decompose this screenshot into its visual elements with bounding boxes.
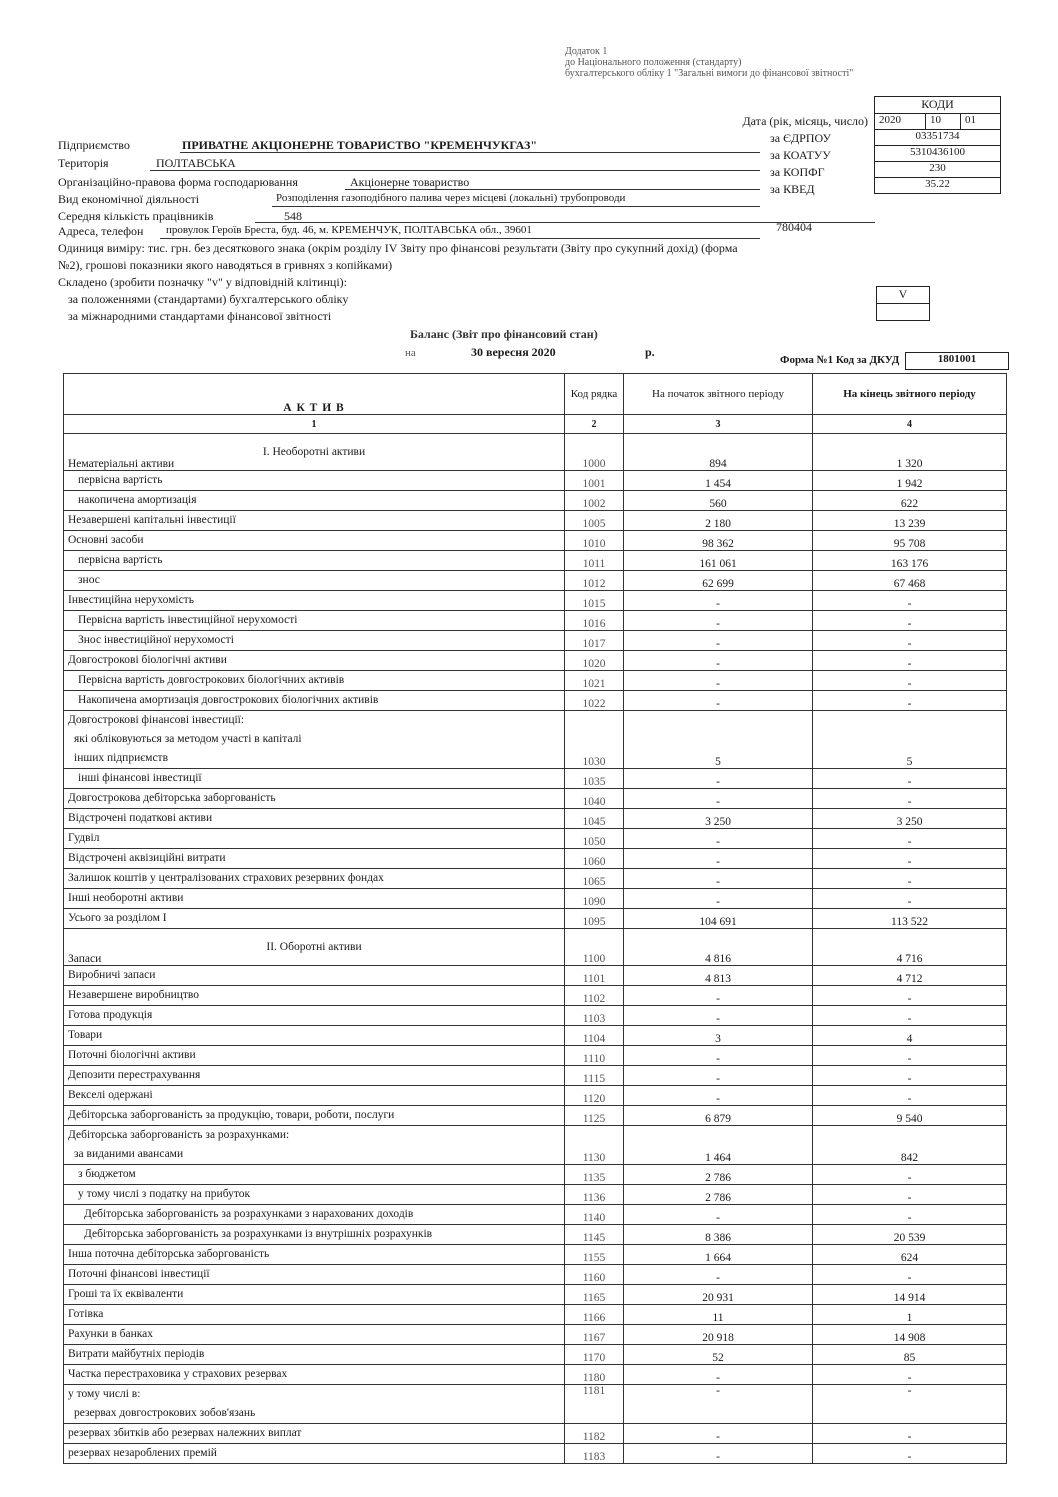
annex-line-2: до Національного положення (стандарту) [565, 57, 853, 68]
enterprise-name: ПРИВАТНЕ АКЦІОНЕРНЕ ТОВАРИСТВО "КРЕМЕНЧУ… [182, 138, 537, 153]
row-label: первісна вартість [78, 551, 560, 570]
row-label: Знос інвестиційної нерухомості [78, 631, 560, 650]
annex-note: Додаток 1 до Національного положення (ст… [565, 46, 853, 79]
address-row: Адреса, телефон провулок Героїв Бреста, … [58, 224, 143, 239]
row-code: 1136 [565, 1185, 624, 1205]
row-end-value: 9 540 [813, 1106, 1007, 1126]
row-label-line-2: резервах довгострокових зобов'язань [68, 1404, 560, 1423]
row-label: Накопичена амортизація довгострокових бі… [78, 691, 560, 710]
table-row: у тому числі в:резервах довгострокових з… [64, 1385, 1007, 1424]
row-label: Незавершені капітальні інвестиції [68, 511, 560, 530]
colnum-4: 4 [813, 415, 1007, 434]
option-ifrs: за міжнародними стандартами фінансової з… [58, 308, 858, 325]
row-start-value: 62 699 [624, 571, 813, 591]
section-title: II. Оборотні активи [68, 941, 560, 953]
table-row: Основні засоби 1010 98 362 95 708 [64, 531, 1007, 551]
header-code: Код рядка [565, 374, 624, 415]
address-value: провулок Героїв Бреста, буд. 46, м. КРЕМ… [166, 224, 532, 236]
table-row: первісна вартість 1001 1 454 1 942 [64, 471, 1007, 491]
table-row: Готівка 1166 11 1 [64, 1305, 1007, 1325]
code-label-kopfg: за КОПФГ [640, 164, 870, 181]
row-end-value: - [813, 1385, 1007, 1424]
table-row: Векселі одержані 1120 - - [64, 1086, 1007, 1106]
row-start-value: 3 250 [624, 809, 813, 829]
row-label: Основні засоби [68, 531, 560, 550]
row-label: Дебіторська заборгованість за розрахунка… [84, 1225, 560, 1244]
row-code: 1103 [565, 1006, 624, 1026]
code-edrpou: 03351734 [875, 130, 1000, 146]
table-row: Усього за розділом I 1095 104 691 113 52… [64, 909, 1007, 929]
row-start-value: - [624, 889, 813, 909]
row-code: 1016 [565, 611, 624, 631]
activity-row: Вид економічної діяльності Розподілення … [58, 192, 199, 207]
colnum-1: 1 [64, 415, 565, 434]
row-code: 1002 [565, 491, 624, 511]
row-end-value: 4 712 [813, 966, 1007, 986]
territory-value: ПОЛТАВСЬКА [156, 156, 236, 171]
date-day: 01 [961, 114, 976, 129]
row-label-line-2: які обліковуються за методом участі в ка… [68, 730, 560, 749]
row-label: Готівка [68, 1305, 560, 1324]
row-label: Відстрочені податкові активи [68, 809, 560, 828]
row-code: 1140 [565, 1205, 624, 1225]
row-start-value: - [624, 651, 813, 671]
row-label: у тому числі з податку на прибуток [78, 1185, 560, 1204]
date-cells: 2020 10 01 [875, 114, 1000, 130]
row-start-value: - [624, 1006, 813, 1026]
row-end-value: 95 708 [813, 531, 1007, 551]
row-label: Запаси [68, 953, 560, 965]
table-row: Поточні фінансові інвестиції 1160 - - [64, 1265, 1007, 1285]
row-end-value: - [813, 1165, 1007, 1185]
row-end-value: - [813, 651, 1007, 671]
row-start-value: - [624, 829, 813, 849]
table-row: Дебіторська заборгованість за розрахунка… [64, 1126, 1007, 1165]
row-end-value: - [813, 1066, 1007, 1086]
row-code: 1090 [565, 889, 624, 909]
table-row: Товари 1104 3 4 [64, 1026, 1007, 1046]
row-end-value: - [813, 1006, 1007, 1026]
row-label: Інші необоротні активи [68, 889, 560, 908]
row-start-value: - [624, 631, 813, 651]
row-end-value: 14 908 [813, 1325, 1007, 1345]
row-start-value: - [624, 986, 813, 1006]
row-code: 1167 [565, 1325, 624, 1345]
table-row: резервах збитків або резервах належних в… [64, 1424, 1007, 1444]
form-label: Форма №1 Код за ДКУД [780, 354, 899, 366]
row-code: 1125 [565, 1106, 624, 1126]
row-code: 1180 [565, 1365, 624, 1385]
row-label: Дебіторська заборгованість за розрахунка… [84, 1205, 560, 1224]
date-prefix: на [405, 347, 416, 359]
row-start-value: - [624, 789, 813, 809]
row-label: Довгострокова дебіторська заборгованість [68, 789, 560, 808]
balance-table: А К Т И В Код рядка На початок звітного … [63, 373, 1007, 1464]
table-row: знос 1012 62 699 67 468 [64, 571, 1007, 591]
row-end-value: 624 [813, 1245, 1007, 1265]
row-label: Первісна вартість довгострокових біологі… [78, 671, 560, 690]
row-code: 1182 [565, 1424, 624, 1444]
row-end-value: - [813, 611, 1007, 631]
row-start-value: - [624, 1205, 813, 1225]
row-start-value: 8 386 [624, 1225, 813, 1245]
row-start-value: 4 816 [624, 929, 813, 966]
form-code: 1801001 [905, 352, 1009, 370]
units-note: Одиниця виміру: тис. грн. без десятковог… [58, 240, 858, 325]
legal-form-row: Організаційно-правова форма господарюван… [58, 175, 298, 190]
row-code: 1181 [565, 1385, 624, 1424]
table-row: Гудвіл 1050 - - [64, 829, 1007, 849]
row-code: 1012 [565, 571, 624, 591]
address-label: Адреса, телефон [58, 224, 143, 238]
colnum-3: 3 [624, 415, 813, 434]
table-row: інші фінансові інвестиції 1035 - - [64, 769, 1007, 789]
row-code: 1120 [565, 1086, 624, 1106]
row-label: Частка перестраховика у страхових резерв… [68, 1365, 560, 1384]
row-end-value: 163 176 [813, 551, 1007, 571]
table-row: первісна вартість 1011 161 061 163 176 [64, 551, 1007, 571]
checkbox-national-standards[interactable]: V [877, 287, 929, 304]
row-label: з бюджетом [78, 1165, 560, 1184]
row-label: Готова продукція [68, 1006, 560, 1025]
code-kved: 35.22 [875, 178, 1000, 193]
row-start-value: - [624, 1086, 813, 1106]
row-start-value: 5 [624, 711, 813, 769]
codes-box: КОДИ 2020 10 01 03351734 5310436100 230 … [874, 96, 1001, 194]
row-end-value: - [813, 1086, 1007, 1106]
row-end-value: - [813, 1444, 1007, 1464]
checkbox-ifrs[interactable] [877, 304, 929, 320]
row-label: Дебіторська заборгованість за розрахунка… [68, 1126, 560, 1145]
row-start-value: - [624, 611, 813, 631]
row-end-value: 67 468 [813, 571, 1007, 591]
row-label: Товари [68, 1026, 560, 1045]
row-end-value: 13 239 [813, 511, 1007, 531]
table-row: Довгострокові фінансові інвестиції:які о… [64, 711, 1007, 769]
row-start-value: 6 879 [624, 1106, 813, 1126]
table-row: накопичена амортизація 1002 560 622 [64, 491, 1007, 511]
table-row: Первісна вартість інвестиційної нерухомо… [64, 611, 1007, 631]
table-row: I. Необоротні активи Нематеріальні актив… [64, 434, 1007, 471]
row-start-value: - [624, 691, 813, 711]
row-start-value: - [624, 1046, 813, 1066]
row-code: 1021 [565, 671, 624, 691]
row-label: Первісна вартість інвестиційної нерухомо… [78, 611, 560, 630]
table-row: Рахунки в банках 1167 20 918 14 908 [64, 1325, 1007, 1345]
row-label: Векселі одержані [68, 1086, 560, 1105]
table-row: Довгострокова дебіторська заборгованість… [64, 789, 1007, 809]
row-code: 1017 [565, 631, 624, 651]
row-code: 1011 [565, 551, 624, 571]
code-kopfg: 230 [875, 162, 1000, 178]
code-koatuu: 5310436100 [875, 146, 1000, 162]
row-code: 1135 [565, 1165, 624, 1185]
row-end-value: - [813, 849, 1007, 869]
row-code: 1100 [565, 929, 624, 966]
report-date-row: на 30 вересня 2020 р. [405, 345, 416, 360]
annex-line-3: бухгалтерського обліку 1 "Загальні вимог… [565, 68, 853, 79]
row-code: 1030 [565, 711, 624, 769]
row-code: 1166 [565, 1305, 624, 1325]
table-row: Відстрочені податкові активи 1045 3 250 … [64, 809, 1007, 829]
codes-labels: Дата (рік, місяць, число) за ЄДРПОУ за К… [640, 113, 870, 198]
row-code: 1101 [565, 966, 624, 986]
row-end-value: - [813, 889, 1007, 909]
table-row: у тому числі з податку на прибуток 1136 … [64, 1185, 1007, 1205]
table-row: Гроші та їх еквіваленти 1165 20 931 14 9… [64, 1285, 1007, 1305]
row-end-value: 113 522 [813, 909, 1007, 929]
row-end-value: 5 [813, 711, 1007, 769]
row-start-value: 1 454 [624, 471, 813, 491]
row-label: Незавершене виробництво [68, 986, 560, 1005]
table-row: Дебіторська заборгованість за продукцію,… [64, 1106, 1007, 1126]
row-label: резервах незароблених премій [68, 1444, 560, 1463]
row-start-value: 104 691 [624, 909, 813, 929]
row-label: первісна вартість [78, 471, 560, 490]
row-label: Гроші та їх еквіваленти [68, 1285, 560, 1304]
row-end-value: - [813, 986, 1007, 1006]
row-end-value: - [813, 591, 1007, 611]
table-row: Незавершене виробництво 1102 - - [64, 986, 1007, 1006]
codes-header: КОДИ [875, 97, 1000, 114]
row-code: 1130 [565, 1126, 624, 1165]
legal-form-label: Організаційно-правова форма господарюван… [58, 175, 298, 189]
row-start-value: - [624, 1365, 813, 1385]
row-start-value: 1 664 [624, 1245, 813, 1265]
row-start-value: 894 [624, 434, 813, 471]
row-start-value: 98 362 [624, 531, 813, 551]
row-label: резервах збитків або резервах належних в… [68, 1424, 560, 1443]
table-row: II. Оборотні активи Запаси 1100 4 816 4 … [64, 929, 1007, 966]
row-end-value: 1 320 [813, 434, 1007, 471]
row-end-value: - [813, 769, 1007, 789]
row-end-value: - [813, 1205, 1007, 1225]
row-end-value: - [813, 631, 1007, 651]
row-end-value: - [813, 1265, 1007, 1285]
row-start-value: 4 813 [624, 966, 813, 986]
table-row: Інша поточна дебіторська заборгованість … [64, 1245, 1007, 1265]
row-label-line-2: за виданими авансами [68, 1145, 560, 1164]
row-label: Усього за розділом I [68, 909, 560, 928]
row-end-value: - [813, 671, 1007, 691]
compiled-note: Складено (зробити позначку "v" у відпові… [58, 274, 858, 291]
row-label: Виробничі запаси [68, 966, 560, 985]
table-row: Частка перестраховика у страхових резерв… [64, 1365, 1007, 1385]
row-end-value: - [813, 1185, 1007, 1205]
colnum-2: 2 [565, 415, 624, 434]
row-start-value: - [624, 869, 813, 889]
year-suffix: р. [645, 345, 655, 360]
row-start-value: 1 464 [624, 1126, 813, 1165]
row-start-value: 2 180 [624, 511, 813, 531]
table-header-row: А К Т И В Код рядка На початок звітного … [64, 374, 1007, 415]
table-row: з бюджетом 1135 2 786 - [64, 1165, 1007, 1185]
row-end-value: 3 250 [813, 809, 1007, 829]
table-row: Інвестиційна нерухомість 1015 - - [64, 591, 1007, 611]
date-month: 10 [926, 114, 961, 129]
report-title: Баланс (Звіт про фінансовий стан) [410, 327, 598, 342]
row-label: у тому числі в: [68, 1385, 560, 1404]
code-label-koatuu: за КОАТУУ [640, 147, 870, 164]
row-code: 1045 [565, 809, 624, 829]
table-row: Первісна вартість довгострокових біологі… [64, 671, 1007, 691]
table-row: Довгострокові біологічні активи 1020 - - [64, 651, 1007, 671]
row-code: 1035 [565, 769, 624, 789]
row-label: Дебіторська заборгованість за продукцію,… [68, 1106, 560, 1125]
row-end-value: 842 [813, 1126, 1007, 1165]
row-code: 1110 [565, 1046, 624, 1066]
row-label: інші фінансові інвестиції [78, 769, 560, 788]
enterprise-row: Підприємство ПРИВАТНЕ АКЦІОНЕРНЕ ТОВАРИС… [58, 138, 130, 153]
balance-rows: I. Необоротні активи Нематеріальні актив… [64, 434, 1007, 1464]
row-code: 1050 [565, 829, 624, 849]
row-label: знос [78, 571, 560, 590]
row-label: Витрати майбутніх періодів [68, 1345, 560, 1364]
row-end-value: - [813, 691, 1007, 711]
row-end-value: 622 [813, 491, 1007, 511]
header-start: На початок звітного періоду [624, 374, 813, 415]
annex-line-1: Додаток 1 [565, 46, 853, 57]
row-code: 1104 [565, 1026, 624, 1046]
row-label: Довгострокові біологічні активи [68, 651, 560, 670]
table-row: Виробничі запаси 1101 4 813 4 712 [64, 966, 1007, 986]
row-start-value: 3 [624, 1026, 813, 1046]
row-start-value: - [624, 849, 813, 869]
row-code: 1095 [565, 909, 624, 929]
table-row: Дебіторська заборгованість за розрахунка… [64, 1205, 1007, 1225]
row-end-value: - [813, 1046, 1007, 1066]
row-end-value: - [813, 1365, 1007, 1385]
row-code: 1060 [565, 849, 624, 869]
row-start-value: - [624, 671, 813, 691]
territory-label: Територія [58, 156, 109, 170]
row-start-value: - [624, 1265, 813, 1285]
row-start-value: 560 [624, 491, 813, 511]
row-end-value: - [813, 829, 1007, 849]
row-start-value: 20 931 [624, 1285, 813, 1305]
row-code: 1015 [565, 591, 624, 611]
legal-form-value: Акціонерне товариство [350, 175, 469, 190]
row-end-value: 14 914 [813, 1285, 1007, 1305]
row-end-value: 85 [813, 1345, 1007, 1365]
employees-row: Середня кількість працівників 548 [58, 209, 213, 224]
row-code: 1022 [565, 691, 624, 711]
date-year: 2020 [875, 114, 926, 129]
units-line-1: Одиниця виміру: тис. грн. без десятковог… [58, 240, 858, 257]
table-row: Знос інвестиційної нерухомості 1017 - - [64, 631, 1007, 651]
row-code: 1005 [565, 511, 624, 531]
row-label: Інша поточна дебіторська заборгованість [68, 1245, 560, 1264]
row-start-value: 11 [624, 1305, 813, 1325]
enterprise-label: Підприємство [58, 138, 130, 152]
table-row: Відстрочені аквізиційні витрати 1060 - - [64, 849, 1007, 869]
row-code: 1155 [565, 1245, 624, 1265]
row-code: 1183 [565, 1444, 624, 1464]
standards-checkbox-group: V [876, 286, 930, 321]
code-label-edrpou: за ЄДРПОУ [640, 130, 870, 147]
row-label: Відстрочені аквізиційні витрати [68, 849, 560, 868]
row-code: 1115 [565, 1066, 624, 1086]
row-label: Нематеріальні активи [68, 458, 560, 470]
row-start-value: - [624, 1424, 813, 1444]
row-label-line-3: інших підприємств [68, 749, 560, 768]
row-start-value: 2 786 [624, 1185, 813, 1205]
row-start-value: - [624, 769, 813, 789]
row-code: 1000 [565, 434, 624, 471]
row-label: Депозити перестрахування [68, 1066, 560, 1085]
row-end-value: 1 942 [813, 471, 1007, 491]
row-code: 1145 [565, 1225, 624, 1245]
activity-value: Розподілення газоподібного палива через … [276, 192, 625, 204]
row-start-value: 2 786 [624, 1165, 813, 1185]
row-end-value: 20 539 [813, 1225, 1007, 1245]
table-row: Депозити перестрахування 1115 - - [64, 1066, 1007, 1086]
table-row: Витрати майбутніх періодів 1170 52 85 [64, 1345, 1007, 1365]
table-row: Незавершені капітальні інвестиції 1005 2… [64, 511, 1007, 531]
row-start-value: - [624, 591, 813, 611]
row-start-value: 52 [624, 1345, 813, 1365]
units-line-2: №2), грошові показники якого наводяться … [58, 257, 858, 274]
row-code: 1010 [565, 531, 624, 551]
row-end-value: 4 716 [813, 929, 1007, 966]
row-start-value: - [624, 1066, 813, 1086]
row-label: Поточні біологічні активи [68, 1046, 560, 1065]
section-title: I. Необоротні активи [68, 446, 560, 458]
row-start-value: 20 918 [624, 1325, 813, 1345]
header-asset: А К Т И В [64, 374, 565, 415]
row-start-value: - [624, 1444, 813, 1464]
employees-label: Середня кількість працівників [58, 209, 213, 223]
row-label: Інвестиційна нерухомість [68, 591, 560, 610]
row-start-value: 161 061 [624, 551, 813, 571]
date-label: Дата (рік, місяць, число) [640, 113, 870, 130]
row-end-value: - [813, 1424, 1007, 1444]
activity-label: Вид економічної діяльності [58, 192, 199, 206]
row-label: Залишок коштів у централізованих страхов… [68, 869, 560, 888]
row-code: 1165 [565, 1285, 624, 1305]
column-number-row: 1 2 3 4 [64, 415, 1007, 434]
row-end-value: 1 [813, 1305, 1007, 1325]
report-date: 30 вересня 2020 [471, 345, 556, 360]
row-end-value: - [813, 869, 1007, 889]
table-row: Накопичена амортизація довгострокових бі… [64, 691, 1007, 711]
row-label: Гудвіл [68, 829, 560, 848]
row-label: Довгострокові фінансові інвестиції: [68, 711, 560, 730]
table-row: резервах незароблених премій 1183 - - [64, 1444, 1007, 1464]
row-code: 1001 [565, 471, 624, 491]
row-code: 1160 [565, 1265, 624, 1285]
table-row: Інші необоротні активи 1090 - - [64, 889, 1007, 909]
row-code: 1020 [565, 651, 624, 671]
table-row: Готова продукція 1103 - - [64, 1006, 1007, 1026]
row-label: Рахунки в банках [68, 1325, 560, 1344]
row-label: накопичена амортизація [78, 491, 560, 510]
row-code: 1102 [565, 986, 624, 1006]
row-start-value: - [624, 1385, 813, 1424]
table-row: Залишок коштів у централізованих страхов… [64, 869, 1007, 889]
table-row: Дебіторська заборгованість за розрахунка… [64, 1225, 1007, 1245]
header-end: На кінець звітного періоду [813, 374, 1007, 415]
territory-row: Територія ПОЛТАВСЬКА [58, 156, 109, 171]
row-label: Поточні фінансові інвестиції [68, 1265, 560, 1284]
row-code: 1040 [565, 789, 624, 809]
row-end-value: - [813, 789, 1007, 809]
row-code: 1065 [565, 869, 624, 889]
table-row: Поточні біологічні активи 1110 - - [64, 1046, 1007, 1066]
row-code: 1170 [565, 1345, 624, 1365]
row-end-value: 4 [813, 1026, 1007, 1046]
option-national-standards: за положеннями (стандартами) бухгалтерсь… [58, 291, 858, 308]
